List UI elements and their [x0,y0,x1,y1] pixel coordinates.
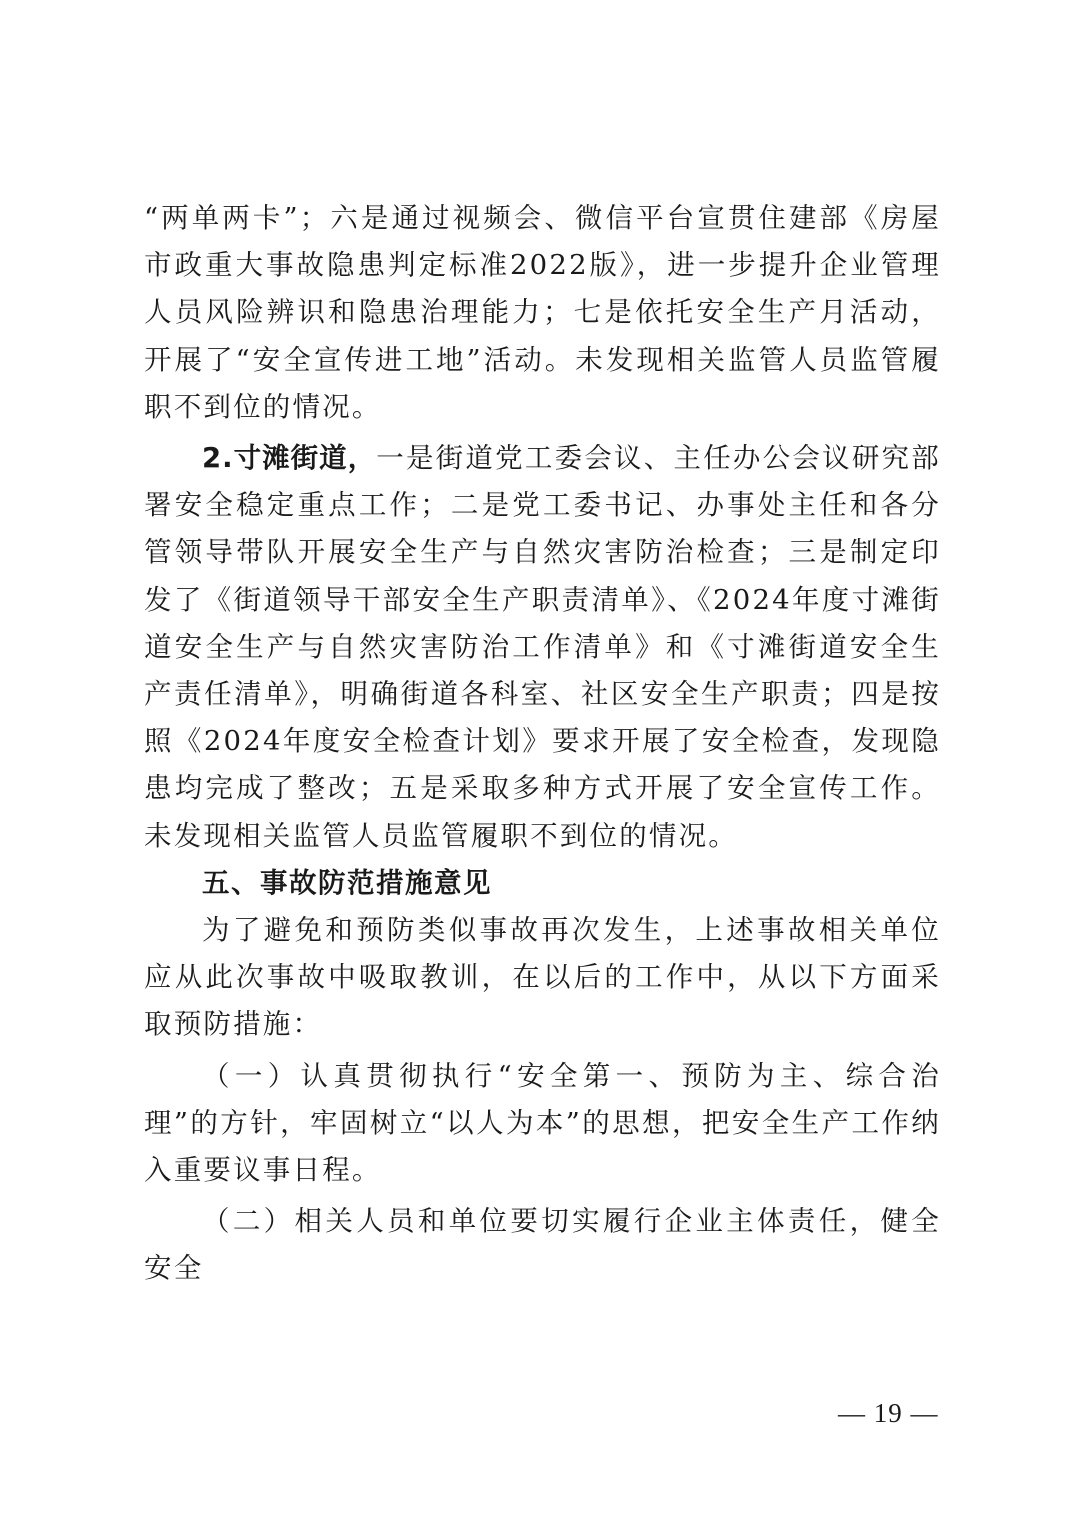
paragraph-continuation: “两单两卡”；六是通过视频会、微信平台宣贯住建部《房屋市政重大事故隐患判定标准2… [144,195,941,431]
paragraph-intro-measures: 为了避免和预防类似事故再次发生，上述事故相关单位应从此次事故中吸取教训，在以后的… [144,907,941,1049]
paragraph-body: 一是街道党工委会议、主任办公会议研究部署安全稳定重点工作；二是党工委书记、办事处… [144,442,941,852]
page-number: — 19 — [838,1398,939,1429]
paragraph-measure-2: （二）相关人员和单位要切实履行企业主体责任，健全安全 [144,1198,941,1292]
document-page: “两单两卡”；六是通过视频会、微信平台宣贯住建部《房屋市政重大事故隐患判定标准2… [144,195,941,1293]
paragraph-lead-bold: 2.寸滩街道， [202,442,376,474]
paragraph-cuntan-street: 2.寸滩街道，一是街道党工委会议、主任办公会议研究部署安全稳定重点工作；二是党工… [144,435,941,860]
section-heading: 五、事故防范措施意见 [144,860,941,907]
paragraph-measure-1: （一）认真贯彻执行“安全第一、预防为主、综合治理”的方针，牢固树立“以人为本”的… [144,1053,941,1195]
